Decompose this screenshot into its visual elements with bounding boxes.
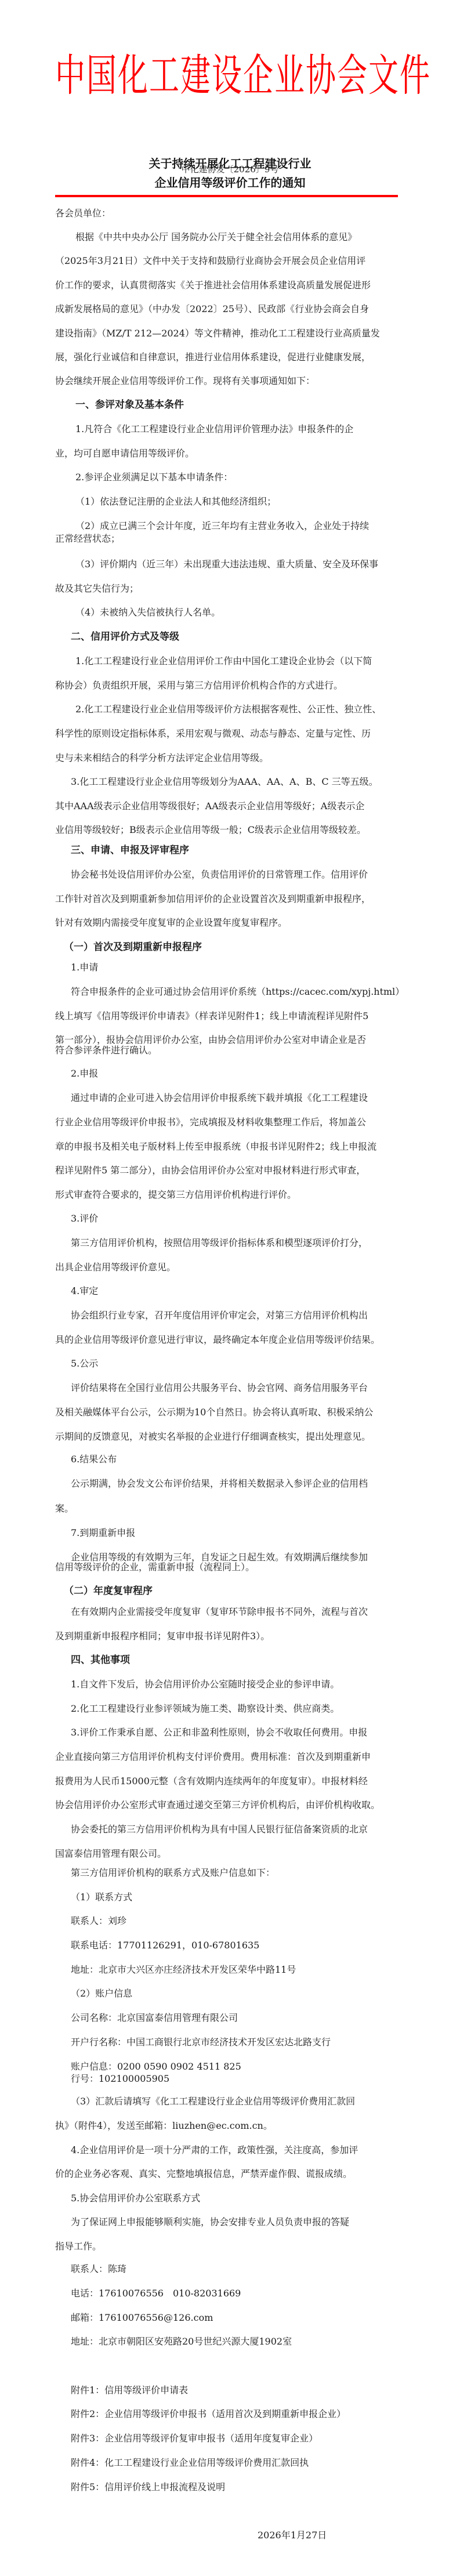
contact-phone: 联系电话：17701126291，010-67801635 [71,1939,402,1952]
remit-line: 执》（附件4），发送至邮箱：liuzhen@ec.com.cn。 [55,2120,402,2132]
attachment-item: 附件5：信用评价线上申报流程及说明 [71,2481,402,2494]
step-line: 示期间的反馈意见，对被实名举报的企业进行仔细调查核实，提出处理意见。 [55,1430,402,1443]
paragraph-line: 4.企业信用评价是一项十分严肃的工作，政策性强，关注度高，参加评 [71,2144,402,2157]
paragraph-line: 业信用等级较好；B级表示企业信用等级一般；C级表示企业信用等级较差。 [55,824,402,836]
office-address: 地址：北京市朝阳区安苑路20号世纪兴源大厦1902室 [71,2335,402,2348]
subsection-heading-2: （二）年度复审程序 [64,1585,411,1597]
letterhead-title: 中国化工建设企业协会文件 [55,51,403,102]
office-person: 联系人：陈琦 [71,2263,402,2276]
paragraph-line: 2.化工工程建设行业参评领域为施工类、勘察设计类、供应商类。 [71,1702,402,1715]
condition-item: （4）未被纳入失信被执行人名单。 [75,606,402,619]
step-title: 2.申报 [71,1067,402,1080]
step-line: 公示期满，协会发文公布评价结果，并将相关数据录入参评企业的信用档 [71,1477,402,1490]
office-email: 邮箱：17610076556@126.com [71,2311,402,2324]
office-phone: 电话：17610076556 010-82031669 [71,2287,402,2300]
step-line: 评价结果将在全国行业信用公共服务平台、协会官网、商务信用服务平台 [71,1382,402,1394]
step-line: 形式审查符合要求的，提交第三方信用评价机构进行评价。 [55,1189,402,1201]
issue-date: 2026年1月27日 [258,2529,327,2542]
paragraph-line: 工作针对首次及到期重新参加信用评价的企业设置首次及到期重新申报程序， [55,893,402,905]
subsection-heading-1: （一）首次及到期重新申报程序 [64,941,411,954]
paragraph-line: 报费用为人民币15000元整（含有效期内连续两年的年度复审）。申报材料经 [55,1775,402,1788]
paragraph-line: 国富泰信用管理有限公司。 [55,1847,402,1860]
step-title: 3.评价 [71,1212,402,1225]
remit-line: （3）汇款后请填写《化工工程建设行业企业信用等级评价费用汇款回 [71,2095,402,2108]
contact-person: 联系人：刘珍 [71,1915,402,1928]
paragraph-line: 2.化工工程建设行业企业信用等级评价方法根据客观性、公正性、独立性、 [75,703,402,716]
paragraph-line: 协会委托的第三方信用评价机构为具有中国人民银行征信备案资质的北京 [71,1823,402,1836]
paragraph-line: 针对有效期内需接受年度复审的企业设置年度复审程序。 [55,916,402,929]
intro-line: 价工作的要求，认真贯彻落实《关于推进社会信用体系建设高质量发展促进形 [55,279,402,292]
section-heading-2: 二、信用评价方式及等级 [71,631,402,643]
section-heading-4: 四、其他事项 [71,1654,402,1666]
attachment-item: 附件3：企业信用等级评价复审申报书（适用年度复审企业） [71,2432,402,2445]
step-line: 符合申报条件的企业可通过协会信用评价系统（https://cacec.com/x… [71,986,402,998]
section-heading-1: 一、参评对象及基本条件 [75,398,402,411]
paragraph-line: 其中AAA级表示企业信用等级很好；AA级表示企业信用等级好；A级表示企 [55,800,402,813]
condition-item: （3）评价期内（近三年）未出现重大违法违规、重大质量、安全及环保事 [75,558,402,571]
red-divider [55,195,398,197]
paragraph-line: 在有效期内企业需接受年度复审（复审环节除申报书不同外，流程与首次 [71,1606,402,1618]
paragraph-line: 指导工作。 [55,2240,402,2253]
account-heading: （2）账户信息 [71,1987,402,2000]
contact-address: 地址：北京市大兴区亦庄经济技术开发区荣华中路11号 [71,1963,402,1976]
paragraph-line: 协会信用评价办公室形式审查通过递交至第三方评价机构后，由评价机构收取。 [55,1799,402,1811]
paragraph-line: 2.参评企业须满足以下基本申请条件： [75,471,402,484]
bank-code: 行号：102100005905 [71,2073,402,2085]
paragraph-line: 为了保证网上申报能够顺利实施，协会安排专业人员负责申报的答疑 [71,2216,402,2229]
intro-line: （2025年3月21日）文件中关于支持和鼓励行业商协会开展会员企业信用评 [55,255,402,267]
paragraph-line: 称协会）负责组织开展，采用与第三方信用评价机构合作的方式进行。 [55,679,402,692]
intro-line: 协会继续开展企业信用等级评价工作。现将有关事项通知如下： [55,375,402,387]
attachment-item: 附件4：化工工程建设行业企业信用等级评价费用汇款回执 [71,2457,402,2469]
paragraph-line: 3.化工工程建设行业企业信用等级划分为AAA、AA、A、B、C 三等五级。 [71,776,402,788]
step-line: 符合参评条件进行确认。 [55,1044,402,1057]
step-line: 信用等级评价的企业，需重新申报（流程同上）。 [55,1561,402,1574]
condition-item: 正常经营状态； [55,532,402,545]
paragraph-line: 及到期重新申报程序相同；复审申报书详见附件3）。 [55,1630,402,1643]
step-line: 程详见附件5 第二部分），由协会信用评价办公室对申报材料进行形式审查， [55,1164,402,1177]
paragraph-line: 协会秘书处设信用评价办公室，负责信用评价的日常管理工作。信用评价 [71,868,402,881]
step-title: 1.申请 [71,961,402,974]
step-line: 第三方信用评价机构，按照信用等级评价指标体系和模型逐项评价打分， [71,1237,402,1249]
salutation: 各会员单位： [55,207,402,220]
document-page: 中国化工建设企业协会文件 中化建协发〔2026〕9号 关于持续开展化工工程建设行… [0,0,460,2576]
attachment-item: 附件2：企业信用等级评价申报书（适用首次及到期重新申报企业） [71,2408,402,2421]
paragraph-line: 1.自文件下发后，协会信用评价办公室随时接受企业的参评申请。 [71,1678,402,1691]
paragraph-line: 第三方信用评价机构的联系方式及账户信息如下： [71,1867,402,1879]
section-heading-3: 三、申请、申报及评审程序 [71,844,402,857]
step-line: 具的企业信用等级评价意见进行审议，最终确定本年度企业信用等级评价结果。 [55,1334,402,1346]
office-contact-heading: 5.协会信用评价办公室联系方式 [71,2192,402,2205]
step-line: 出具企业信用等级评价意见。 [55,1261,402,1274]
intro-line: 成新发展格局的意见》（中办发〔2022〕25号）、民政部《行业协会商会自身 [55,303,402,316]
step-title: 5.公示 [71,1357,402,1370]
paragraph-line: 1.化工工程建设行业企业信用评价工作由中国化工建设企业协会（以下简 [75,655,402,668]
paragraph-line: 业，均可自愿申请信用等级评价。 [55,447,402,460]
paragraph-line: 企业直接向第三方信用评价机构支付评价费用。费用标准：首次及到期重新申 [55,1751,402,1763]
step-line: 线上填写《信用等级评价申请表》（样表详见附件1；线上申请流程详见附件5 [55,1010,402,1023]
step-line: 协会组织行业专家，召开年度信用评价审定会，对第三方信用评价机构出 [71,1309,402,1322]
condition-item: 故及其它失信行为； [55,582,402,595]
condition-item: （2）成立已满三个会计年度，近三年均有主营业务收入，企业处于持续 [75,520,402,532]
intro-line: 展，强化行业诚信和自律意识，推进行业信用体系建设，促进行业健康发展， [55,351,402,364]
paragraph-line: 1.凡符合《化工工程建设行业企业信用评价管理办法》申报条件的企 [75,423,402,436]
paragraph-line: 3.评价工作秉承自愿、公正和非盈利性原则，协会不收取任何费用。申报 [71,1726,402,1739]
account-bank: 开户行名称：中国工商银行北京市经济技术开发区宏达北路支行 [71,2036,402,2049]
step-line: 通过申请的企业可进入协会信用评价申报系统下载并填报《化工工程建设 [71,1092,402,1104]
intro-line: 建设指南》（MZ/T 212—2024）等文件精神，推动化工工程建设行业高质量发 [55,327,402,340]
step-line: 及相关融媒体平台公示，公示期为10个自然日。协会将认真听取、积极采纳公 [55,1406,402,1419]
account-company: 公司名称：北京国富泰信用管理有限公司 [71,2012,402,2024]
step-title: 6.结果公布 [71,1453,402,1466]
step-title: 4.审定 [71,1285,402,1298]
contact-heading: （1）联系方式 [71,1891,402,1904]
step-line: 案。 [55,1502,402,1515]
step-line: 章的申报书及相关电子版材料上传至申报系统（申报书详见附件2；线上申报流 [55,1140,402,1153]
notice-title-line-1: 关于持续开展化工工程建设行业 [0,155,460,172]
step-title: 7.到期重新申报 [71,1527,402,1539]
intro-line: 根据《中共中央办公厅 国务院办公厅关于健全社会信用体系的意见》 [75,231,402,244]
paragraph-line: 科学性的原则设定指标体系，采用宏观与微观、动态与静态、定量与定性、历 [55,727,402,740]
step-line: 行业企业信用等级评价申报书》，完成填报及材料收集整理工作后，将加盖公 [55,1116,402,1129]
notice-title-line-2: 企业信用等级评价工作的通知 [0,175,460,191]
account-number: 账户信息：0200 0590 0902 4511 825 [71,2060,402,2073]
condition-item: （1）依法登记注册的企业法人和其他经济组织； [75,495,402,508]
paragraph-line: 价的企业务必客观、真实、完整地填报信息，严禁弄虚作假、谎报成绩。 [55,2168,402,2180]
paragraph-line: 史与未来相结合的科学分析方法评定企业信用等级。 [55,752,402,765]
attachment-item: 附件1：信用等级评价申请表 [71,2384,402,2397]
